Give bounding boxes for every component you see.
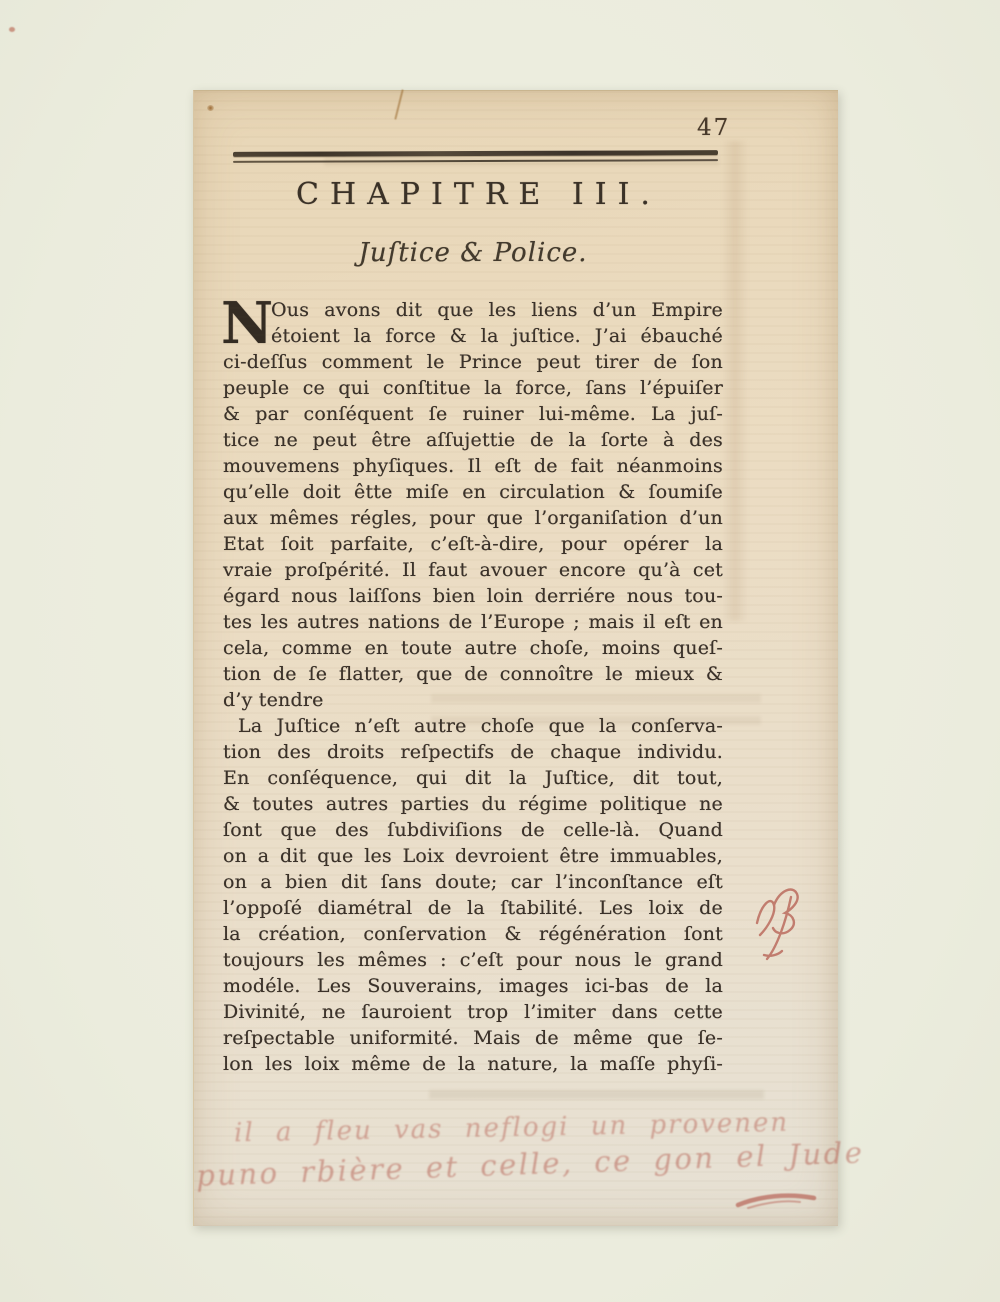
chapter-subtitle: Juſtice & Police. (223, 238, 723, 268)
body-text-line: d’y tendre (223, 687, 723, 713)
body-text-line: la création, conſervation & régénération… (223, 921, 723, 947)
body-text-line: cela, comme en toute autre choſe, moins … (223, 635, 723, 661)
gutter-shadow (722, 141, 748, 621)
header-rule-thick (233, 150, 718, 157)
body-text-line: toujours les mêmes : c’eſt pour nous le … (223, 947, 723, 973)
foxing-spot (207, 105, 214, 111)
body-text-line: étoient la force & la juſtice. J’ai ébau… (223, 323, 723, 349)
body-text-line: égard nous laiſſons bien loin derriére n… (223, 583, 723, 609)
body-text-line: l’oppoſé diamétral de la ſtabilité. Les … (223, 895, 723, 921)
body-text-line: modéle. Les Souverains, images ici-bas d… (223, 973, 723, 999)
body-text-line: aux mêmes régles, pour que l’organiſatio… (223, 505, 723, 531)
body-text-line: peuple ce qui conſtitue la force, ſans l… (223, 375, 723, 401)
header-rule (233, 150, 718, 163)
body-text-line: tice ne peut être aſſujettie de la ſorte… (223, 427, 723, 453)
body-text-line: & toutes autres parties du régime politi… (223, 791, 723, 817)
scan-background: 47 CHAPITRE III. Juſtice & Police. N Ous… (0, 0, 1000, 1302)
body-text-line: on a bien dit ſans doute; car l’inconſta… (223, 869, 723, 895)
body-text-line: Ous avons dit que les liens d’un Empire (223, 297, 723, 323)
body-text-line: mouvemens phyſiques. Il eſt de fait néan… (223, 453, 723, 479)
body-text-line: & par conſéquent ſe ruiner lui-même. La … (223, 401, 723, 427)
body-text-line: on a dit que les Loix devroient être imm… (223, 843, 723, 869)
chapter-heading: CHAPITRE III. (223, 177, 723, 212)
handwritten-annotation-line-2: puno rbière et celle, ce gon el Jude (196, 1135, 865, 1192)
body-text-line: qu’elle doit êtte miſe en circulation & … (223, 479, 723, 505)
handwritten-annotation-line-1: il a fleu vas neflogi un provenen (234, 1108, 790, 1149)
body-text-line: lon les loix même de la nature, la maſſe… (223, 1051, 723, 1077)
red-swoosh-mark (734, 1187, 818, 1213)
header-rule-thin (233, 159, 718, 163)
body-text-line: tion des droits reſpectifs de chaque ind… (223, 739, 723, 765)
body-text-line: La Juſtice n’eſt autre choſe que la conſ… (223, 713, 723, 739)
page-number: 47 (697, 115, 757, 141)
body-text-line: Etat ſoit parfaite, c’eſt-à-dire, pour o… (223, 531, 723, 557)
body-text: Ous avons dit que les liens d’un Empireé… (223, 297, 723, 1077)
body-text-line: reſpectable uniformité. Mais de même que… (223, 1025, 723, 1051)
red-fleck-stain (9, 27, 15, 32)
verso-showthrough-bottom (429, 1090, 764, 1107)
body-text-line: vraie proſpérité. Il faut avouer encore … (223, 557, 723, 583)
body-text-line: tion de ſe flatter, que de connoître le … (223, 661, 723, 687)
body-text-line: Divinité, ne ſauroient trop l’imiter dan… (223, 999, 723, 1025)
margin-scribble-mark (744, 869, 816, 967)
body-text-line: tes les autres nations de l’Europe ; mai… (223, 609, 723, 635)
body-text-line: ſont que des ſubdiviſions de celle-là. Q… (223, 817, 723, 843)
body-text-line: En conſéquence, qui dit la Juſtice, dit … (223, 765, 723, 791)
body-text-line: ci-deſſus comment le Prince peut tirer d… (223, 349, 723, 375)
paper-scratch (394, 89, 403, 120)
book-page: 47 CHAPITRE III. Juſtice & Police. N Ous… (193, 90, 838, 1226)
